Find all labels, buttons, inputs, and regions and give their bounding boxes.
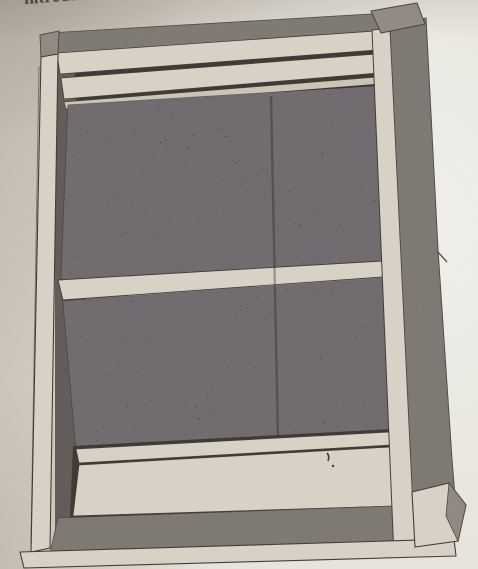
figure-illustration [0,0,478,569]
paper-grain-overlay [0,0,478,569]
photographed-book-page: introduzida p [0,0,478,569]
